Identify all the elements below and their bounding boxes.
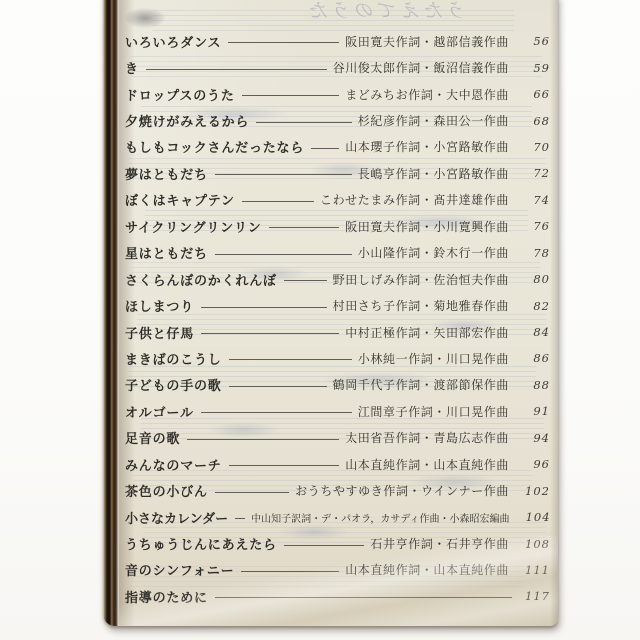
page-number: 80 bbox=[518, 272, 550, 286]
song-title: うちゅうじんにあえたら bbox=[125, 534, 277, 553]
song-title: 指導のために bbox=[125, 587, 208, 606]
credit-text: 阪田寛夫作詞・小川寛興作曲 bbox=[345, 218, 509, 235]
page-number: 88 bbox=[518, 378, 550, 392]
leader-line bbox=[201, 333, 339, 334]
toc-row: みんなのマーチ 山本直純作詞・山本直純作曲 96 bbox=[125, 451, 550, 477]
credit-text: 長嶋亨作詞・小宮路敏作曲 bbox=[358, 165, 509, 182]
toc-row: オルゴール 江間章子作詞・川口晃作曲 91 bbox=[125, 398, 550, 424]
song-title: さくらんぼのかくれんぼ bbox=[125, 270, 277, 289]
credit-text: 谷川俊太郎作詞・飯沼信義作曲 bbox=[333, 59, 509, 76]
song-title: いろいろダンス bbox=[125, 32, 221, 51]
leader-line bbox=[235, 518, 245, 519]
page-number: 86 bbox=[518, 351, 550, 365]
book: うたえてのうた いろいろダンス 阪田寛夫作詞・越部信義作曲 56 き 谷川俊太郎… bbox=[103, 0, 558, 626]
song-title: 音のシンフォニー bbox=[125, 560, 234, 579]
page-number: 68 bbox=[518, 114, 550, 128]
toc-row: 子供と仔馬 中村正極作詞・矢田部宏作曲 84 bbox=[125, 319, 550, 345]
leader-line bbox=[242, 201, 314, 202]
toc-list: いろいろダンス 阪田寛夫作詞・越部信義作曲 56 き 谷川俊太郎作詞・飯沼信義作… bbox=[125, 28, 550, 610]
leader-line bbox=[241, 571, 339, 572]
credit-text: 阪田寛夫作詞・越部信義作曲 bbox=[345, 33, 509, 50]
page-edge-strip bbox=[103, 0, 119, 626]
toc-row: いろいろダンス 阪田寛夫作詞・越部信義作曲 56 bbox=[125, 28, 550, 54]
leader-line bbox=[228, 42, 339, 43]
toc-page: うたえてのうた いろいろダンス 阪田寛夫作詞・越部信義作曲 56 き 谷川俊太郎… bbox=[119, 0, 558, 626]
toc-row: さくらんぼのかくれんぼ 野田しげみ作詞・佐治恒夫作曲 80 bbox=[125, 266, 550, 292]
show-through-title: うたえてのうた bbox=[237, 0, 467, 22]
credit-text: 山本直純作詞・山本直純作曲 bbox=[345, 456, 509, 473]
credit-text: 中村正極作詞・矢田部宏作曲 bbox=[345, 324, 509, 341]
toc-row: うちゅうじんにあえたら 石井亨作詞・石井亨作曲 108 bbox=[125, 530, 550, 556]
page-number: 72 bbox=[518, 166, 550, 180]
leader-line bbox=[256, 122, 352, 123]
credit-text: 中山知子訳詞・デ・パオラ，カサディ作曲・小森昭宏編曲 bbox=[251, 510, 509, 525]
song-title: ほしまつり bbox=[125, 296, 194, 315]
page-number: 91 bbox=[518, 404, 550, 418]
leader-line bbox=[215, 597, 512, 598]
page-number: 70 bbox=[518, 140, 550, 154]
page-number: 59 bbox=[518, 61, 550, 75]
toc-row: ぼくはキャプテン こわせたまみ作詞・髙井達雄作曲 74 bbox=[125, 187, 550, 213]
leader-line bbox=[284, 545, 365, 546]
song-title: サイクリングリンリン bbox=[125, 217, 262, 236]
page-number: 102 bbox=[518, 484, 550, 498]
leader-line bbox=[215, 254, 352, 255]
toc-row: ドロップスのうた まどみちお作詞・大中恩作曲 66 bbox=[125, 81, 550, 107]
credit-text: おうちやすゆき作詞・ウインナー作曲 bbox=[295, 482, 509, 499]
toc-row: 夢はともだち 長嶋亨作詞・小宮路敏作曲 72 bbox=[125, 160, 550, 186]
leader-line bbox=[187, 439, 339, 440]
credit-text: 小山隆作詞・鈴木行一作曲 bbox=[358, 244, 509, 261]
leader-line bbox=[229, 386, 327, 387]
toc-row: ほしまつり 村田さち子作詞・菊地雅春作曲 82 bbox=[125, 292, 550, 318]
page-number: 56 bbox=[518, 34, 550, 48]
toc-row: サイクリングリンリン 阪田寛夫作詞・小川寛興作曲 76 bbox=[125, 213, 550, 239]
leader-line bbox=[215, 174, 352, 175]
toc-row: 足音の歌 太田省吾作詞・青島広志作曲 94 bbox=[125, 425, 550, 451]
page-number: 78 bbox=[518, 246, 550, 260]
song-title: まきばのこうし bbox=[125, 349, 222, 368]
song-title: もしもコックさんだったなら bbox=[125, 137, 304, 156]
credit-text: 鶴岡千代子作詞・渡部節保作曲 bbox=[333, 376, 509, 393]
page-number: 96 bbox=[518, 457, 550, 471]
book-photo: うたえてのうた いろいろダンス 阪田寛夫作詞・越部信義作曲 56 き 谷川俊太郎… bbox=[0, 0, 640, 640]
toc-row: 小さなカレンダー 中山知子訳詞・デ・パオラ，カサディ作曲・小森昭宏編曲 104 bbox=[125, 504, 550, 530]
leader-line bbox=[201, 412, 352, 413]
song-title: 星はともだち bbox=[125, 243, 208, 262]
song-title: オルゴール bbox=[125, 402, 194, 421]
page-number: 74 bbox=[518, 193, 550, 207]
credit-text: 野田しげみ作詞・佐治恒夫作曲 bbox=[333, 271, 509, 288]
song-title: みんなのマーチ bbox=[125, 455, 222, 474]
credit-text: まどみちお作詞・大中恩作曲 bbox=[345, 86, 509, 103]
toc-row: 茶色の小びん おうちやすゆき作詞・ウインナー作曲 102 bbox=[125, 477, 550, 503]
song-title: 夕焼けがみえるから bbox=[125, 111, 249, 130]
credit-text: 小林純一作詞・川口晃作曲 bbox=[358, 350, 509, 367]
song-title: 足音の歌 bbox=[125, 428, 180, 447]
page-number: 66 bbox=[518, 87, 550, 101]
leader-line bbox=[229, 465, 340, 466]
toc-row: もしもコックさんだったなら 山本瓔子作詞・小宮路敏作曲 70 bbox=[125, 134, 550, 160]
song-title: 子どもの手の歌 bbox=[125, 375, 222, 394]
page-number: 108 bbox=[518, 537, 550, 551]
page-number: 117 bbox=[518, 589, 550, 603]
song-title: 小さなカレンダー bbox=[125, 508, 228, 527]
credit-text: 太田省吾作詞・青島広志作曲 bbox=[345, 429, 509, 446]
song-title: ドロップスのうた bbox=[125, 85, 235, 104]
song-title: き bbox=[125, 58, 139, 77]
page-number: 111 bbox=[518, 563, 550, 577]
credit-text: 江間章子作詞・川口晃作曲 bbox=[358, 403, 509, 420]
toc-row: 星はともだち 小山隆作詞・鈴木行一作曲 78 bbox=[125, 240, 550, 266]
toc-row: 夕焼けがみえるから 杉紀彦作詞・森田公一作曲 68 bbox=[125, 107, 550, 133]
page-number: 104 bbox=[519, 510, 551, 524]
song-title: 茶色の小びん bbox=[125, 481, 208, 500]
leader-line bbox=[242, 95, 340, 96]
song-title: 夢はともだち bbox=[125, 164, 208, 183]
leader-line bbox=[201, 307, 327, 308]
song-title: ぼくはキャプテン bbox=[125, 190, 235, 209]
leader-line bbox=[229, 359, 352, 360]
leader-line bbox=[284, 280, 327, 281]
credit-text: こわせたまみ作詞・髙井達雄作曲 bbox=[320, 191, 509, 208]
toc-row: き 谷川俊太郎作詞・飯沼信義作曲 59 bbox=[125, 54, 550, 80]
toc-row: 指導のために 117 bbox=[125, 583, 550, 609]
song-title: 子供と仔馬 bbox=[125, 323, 194, 342]
leader-line bbox=[146, 69, 327, 70]
toc-row: まきばのこうし 小林純一作詞・川口晃作曲 86 bbox=[125, 345, 550, 371]
leader-line bbox=[215, 492, 289, 493]
ink-smudge bbox=[125, 8, 165, 28]
page-number: 82 bbox=[518, 299, 550, 313]
page-number: 84 bbox=[518, 325, 550, 339]
page-number: 76 bbox=[518, 219, 550, 233]
credit-text: 山本瓔子作詞・小宮路敏作曲 bbox=[345, 138, 509, 155]
leader-line bbox=[311, 148, 339, 149]
credit-text: 村田さち子作詞・菊地雅春作曲 bbox=[333, 297, 509, 314]
credit-text: 山本直純作詞・山本直純作曲 bbox=[345, 561, 509, 578]
toc-row: 子どもの手の歌 鶴岡千代子作詞・渡部節保作曲 88 bbox=[125, 372, 550, 398]
credit-text: 杉紀彦作詞・森田公一作曲 bbox=[358, 112, 509, 129]
page-number: 94 bbox=[518, 431, 550, 445]
credit-text: 石井亨作詞・石井亨作曲 bbox=[370, 535, 509, 552]
leader-line bbox=[269, 227, 340, 228]
toc-row: 音のシンフォニー 山本直純作詞・山本直純作曲 111 bbox=[125, 557, 550, 583]
